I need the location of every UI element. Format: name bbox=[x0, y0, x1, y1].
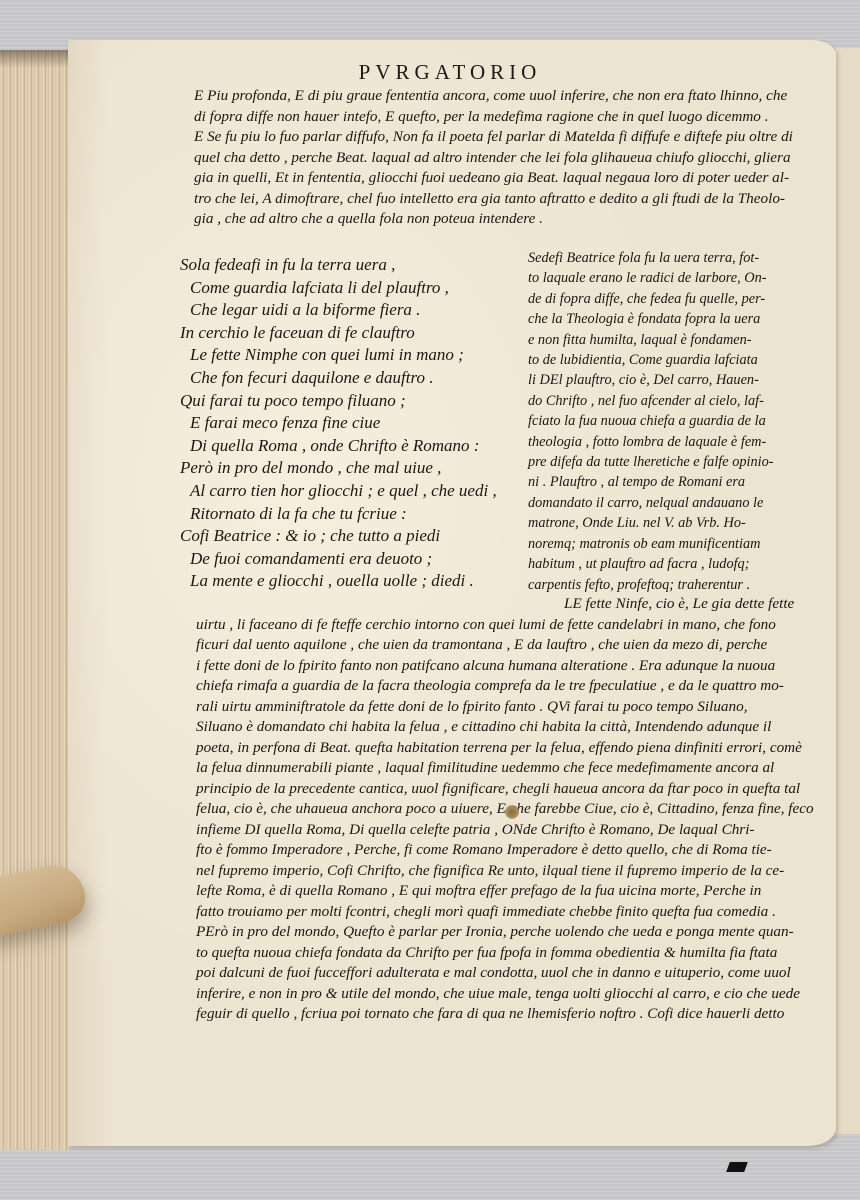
running-head: PVRGATORIO bbox=[0, 60, 860, 85]
verse-line: Però in pro del mondo , che mal uiue , bbox=[180, 457, 520, 480]
ink-stain bbox=[505, 805, 519, 819]
gloss-line: to de lubidientia, Come guardia lafciata bbox=[528, 350, 820, 370]
intro-line: gia , che ad altro che a quella fola non… bbox=[194, 209, 814, 230]
gloss-line: che la Theologia è fondata fopra la uera bbox=[528, 309, 820, 329]
gloss-line: noremq; matronis ob eam munificentiam bbox=[528, 534, 820, 554]
commentary-line: poeta, in perfona di Beat. quefta habita… bbox=[196, 738, 818, 759]
bookmark-ribbon bbox=[726, 1162, 748, 1172]
commentary-line: Siluano è domandato chi habita la felua … bbox=[196, 717, 818, 738]
verse-line: Che legar uidi a la biforme fiera . bbox=[180, 299, 520, 322]
commentary-line: la felua dinnumerabili piante , laqual f… bbox=[196, 758, 818, 779]
side-gloss: Sedefi Beatrice fola fu la uera terra, f… bbox=[528, 248, 820, 595]
intro-line: quel cha detto , perche Beat. laqual ad … bbox=[194, 148, 814, 169]
verse-line: In cerchio le faceuan di fe clauftro bbox=[180, 322, 520, 345]
facing-page-edge bbox=[834, 48, 860, 1134]
commentary-line: fatto trouiamo per molti fcontri, chegli… bbox=[196, 902, 818, 923]
verse-line: Ritornato di la fa che tu fcriue : bbox=[180, 503, 520, 526]
commentary-line: LE fette Ninfe, cio è, Le gia dette fett… bbox=[196, 594, 818, 615]
verse-line: Cofi Beatrice : & io ; che tutto a piedi bbox=[180, 525, 520, 548]
verse-line: Qui farai tu poco tempo filuano ; bbox=[180, 390, 520, 413]
verse-line: Le fette Nimphe con quei lumi in mano ; bbox=[180, 344, 520, 367]
intro-line: E Se fu piu lo fuo parlar diffufo, Non f… bbox=[194, 127, 814, 148]
intro-line: E Piu profonda, E di piu graue fententia… bbox=[194, 86, 814, 107]
verse-line: Sola fedeafi in fu la terra uera , bbox=[180, 254, 520, 277]
commentary-line: fto è fommo Imperadore , Perche, fi come… bbox=[196, 840, 818, 861]
intro-line: di fopra diffe non hauer intefo, E queft… bbox=[194, 107, 814, 128]
verse-block: Sola fedeafi in fu la terra uera , Come … bbox=[180, 254, 520, 593]
gloss-line: pre difefa da tutte lheretiche e falfe o… bbox=[528, 452, 820, 472]
commentary-line: ficuri dal uento aquilone , che uien da … bbox=[196, 635, 818, 656]
verse-line: Di quella Roma , onde Chrifto è Romano : bbox=[180, 435, 520, 458]
commentary-line: to quefta nuoua chiefa fondata da Chrift… bbox=[196, 943, 818, 964]
commentary-line: infieme DI quella Roma, Di quella celeft… bbox=[196, 820, 818, 841]
gloss-line: to laquale erano le radici de larbore, O… bbox=[528, 268, 820, 288]
gloss-line: habitum , ut plauftro ad facra , ludofq; bbox=[528, 554, 820, 574]
verse-line: De fuoi comandamenti era deuoto ; bbox=[180, 548, 520, 571]
gloss-line: ni . Plauftro , al tempo de Romani era bbox=[528, 472, 820, 492]
gloss-line: de di fopra diffe, che fedea fu quelle, … bbox=[528, 289, 820, 309]
commentary-line: lefte Roma, è di quella Romano , E qui m… bbox=[196, 881, 818, 902]
commentary-line: chiefa rimafa a guardia de la facra theo… bbox=[196, 676, 818, 697]
commentary-line: rali uirtu amminiftratole da fette doni … bbox=[196, 697, 818, 718]
verse-line: Che fon fecuri daquilone e dauftro . bbox=[180, 367, 520, 390]
book-fore-edge bbox=[0, 50, 70, 1150]
gloss-line: domandato il carro, nelqual andauano le bbox=[528, 493, 820, 513]
gloss-line: do Chrifto , nel fuo afcender al cielo, … bbox=[528, 391, 820, 411]
gloss-line: fciato la fua nuoua chiefa a guardia de … bbox=[528, 411, 820, 431]
commentary-line: principio de la precedente cantica, uuol… bbox=[196, 779, 818, 800]
verse-line: E farai meco fenza fine ciue bbox=[180, 412, 520, 435]
intro-commentary: E Piu profonda, E di piu graue fententia… bbox=[194, 86, 814, 230]
intro-line: gia in quelli, Et in fententia, gliocchi… bbox=[194, 168, 814, 189]
verse-line: Al carro tien hor gliocchi ; e quel , ch… bbox=[180, 480, 520, 503]
gloss-line: theologia , fotto lombra de laquale è fe… bbox=[528, 432, 820, 452]
commentary-line: i fette doni de lo fpirito fanto non pat… bbox=[196, 656, 818, 677]
commentary-line: feguir di quello , fcriua poi tornato ch… bbox=[196, 1004, 818, 1025]
gloss-line: carpentis fefto, profeftoq; traherentur … bbox=[528, 575, 820, 595]
intro-line: tro che lei, A dimoftrare, chel fuo inte… bbox=[194, 189, 814, 210]
gloss-line: Sedefi Beatrice fola fu la uera terra, f… bbox=[528, 248, 820, 268]
commentary-line: nel fupremo imperio, Cofi Chrifto, che f… bbox=[196, 861, 818, 882]
gloss-line: e non fitta humilta, laqual è fondamen- bbox=[528, 330, 820, 350]
commentary-line: inferire, e non in pro & utile del mondo… bbox=[196, 984, 818, 1005]
commentary-line: PErò in pro del mondo, Quefto è parlar p… bbox=[196, 922, 818, 943]
gloss-line: matrone, Onde Liu. nel V. ab Vrb. Ho- bbox=[528, 513, 820, 533]
verse-line: Come guardia lafciata li del plauftro , bbox=[180, 277, 520, 300]
commentary-line: poi dalcuni de fuoi fucceffori adulterat… bbox=[196, 963, 818, 984]
gloss-line: li DEl plauftro, cio è, Del carro, Hauen… bbox=[528, 370, 820, 390]
commentary-line: uirtu , li faceano di fe fteffe cerchio … bbox=[196, 615, 818, 636]
verse-line: La mente e gliocchi , ouella uolle ; die… bbox=[180, 570, 520, 593]
